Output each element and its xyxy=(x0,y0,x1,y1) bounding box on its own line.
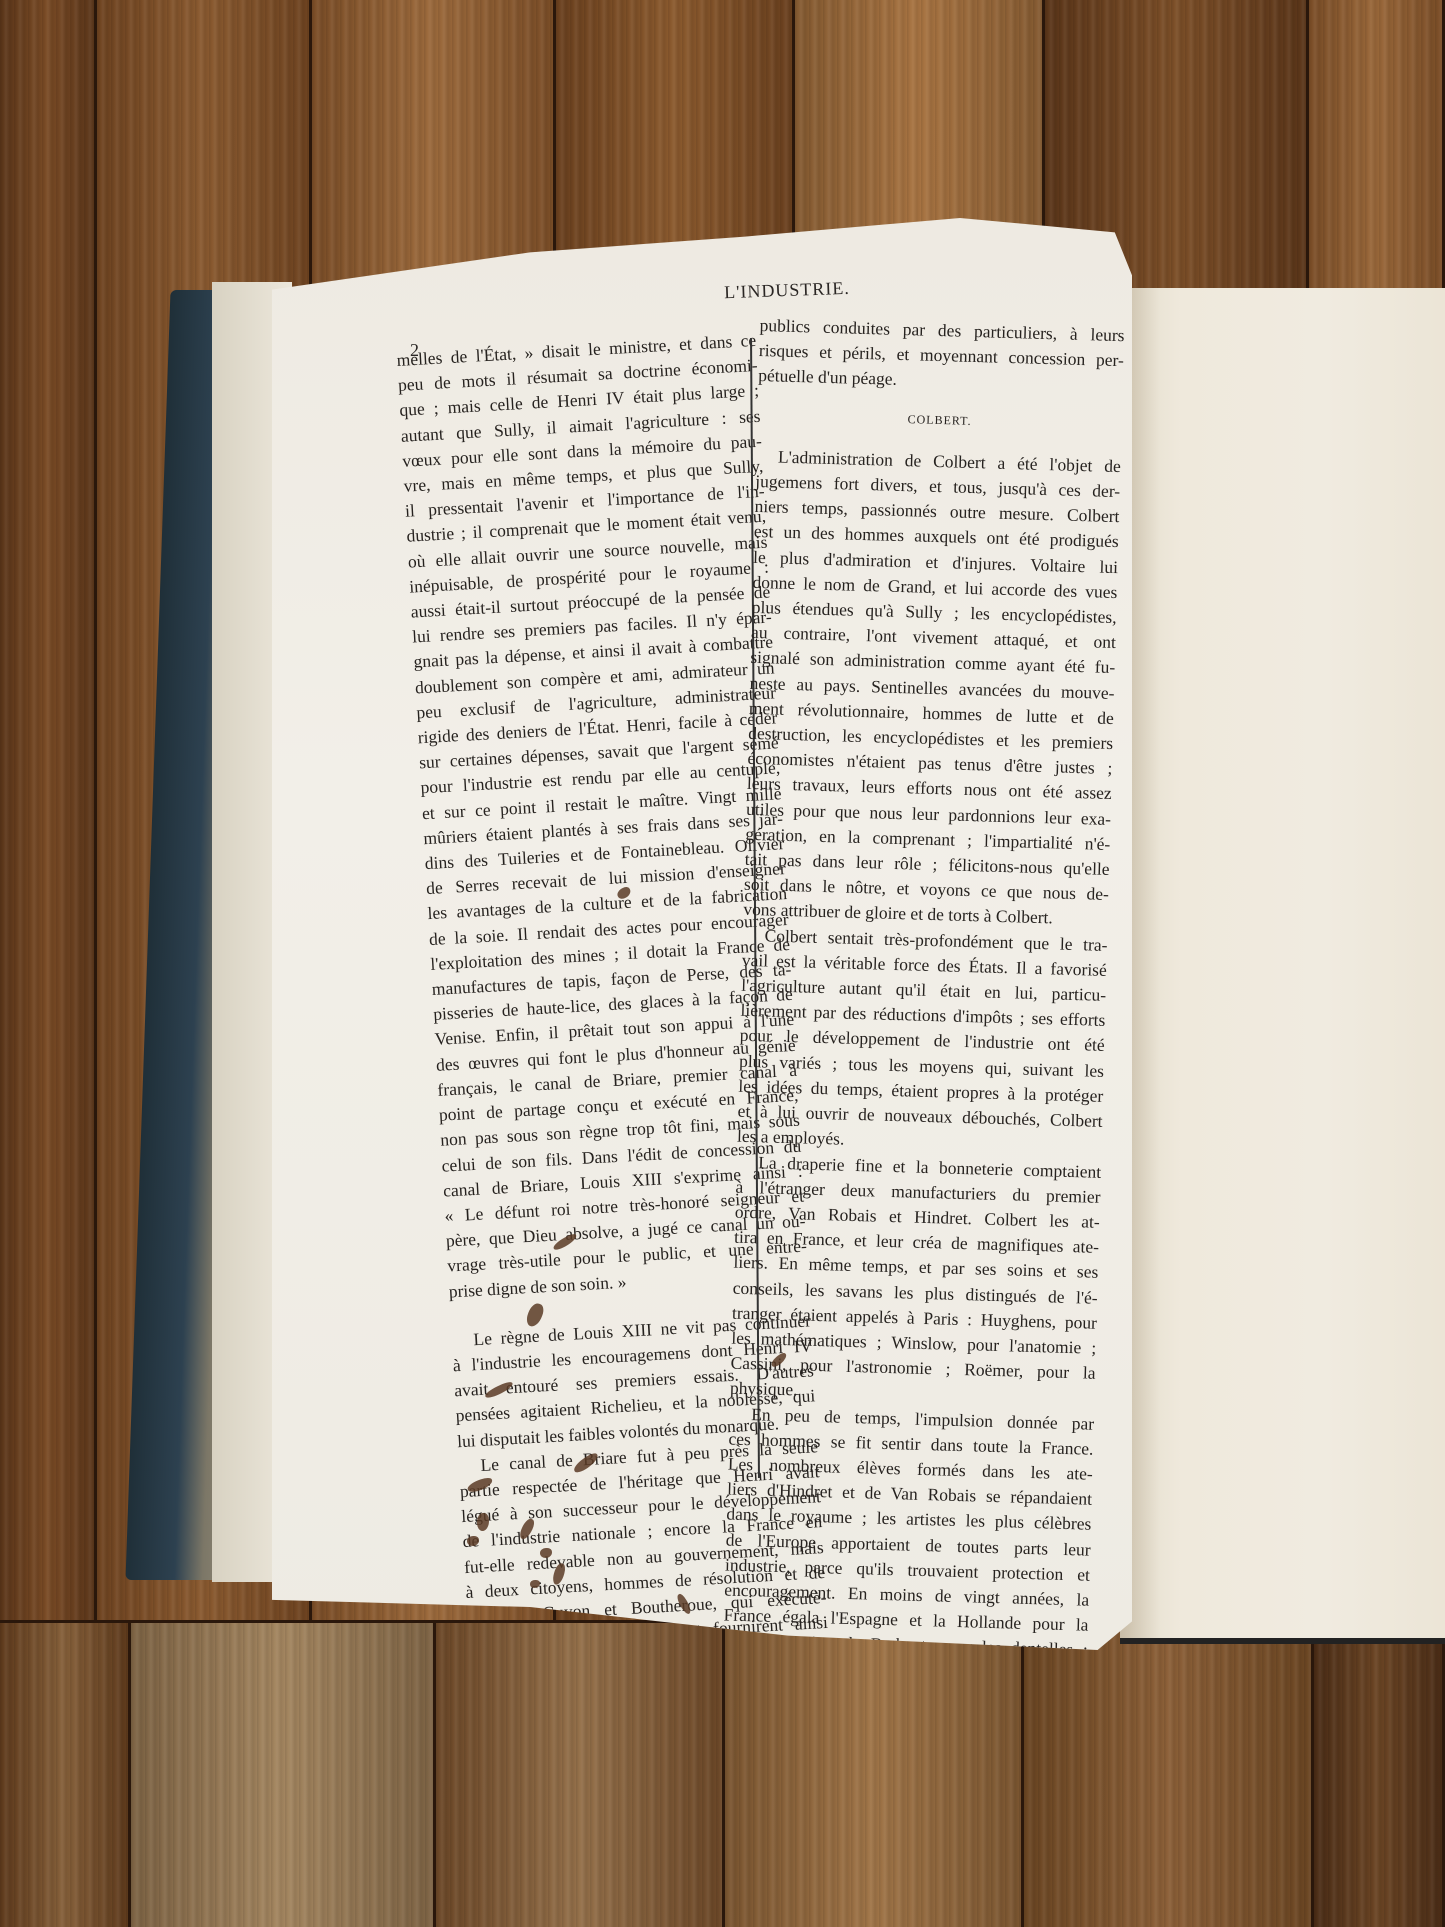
section-title-colbert: COLBERT. xyxy=(757,403,1123,438)
right-column-paragraph-1: L'administration de Colbert a été l'obje… xyxy=(743,444,1121,933)
wood-plank xyxy=(1314,1623,1445,1927)
right-page-blank xyxy=(1120,288,1445,1644)
wood-plank xyxy=(725,1623,1024,1927)
right-column-paragraph-2: Colbert sentait très-profondément que le… xyxy=(737,922,1108,1159)
wood-plank-lower-row xyxy=(0,1620,1445,1927)
wood-plank xyxy=(0,1623,131,1927)
right-column-paragraph-3: La draperie fine et la bonneterie compta… xyxy=(730,1149,1102,1411)
wood-plank xyxy=(131,1623,435,1927)
wood-plank xyxy=(436,1623,725,1927)
running-head: L'INDUSTRIE. xyxy=(682,276,893,304)
left-page: L'INDUSTRIE. 2 melles de l'État, » disai… xyxy=(272,218,1132,1650)
wood-plank xyxy=(1024,1623,1313,1927)
text-column-right: publics conduites par des particuliers, … xyxy=(721,313,1125,1714)
right-column-opening: publics conduites par des particuliers, … xyxy=(758,313,1125,399)
